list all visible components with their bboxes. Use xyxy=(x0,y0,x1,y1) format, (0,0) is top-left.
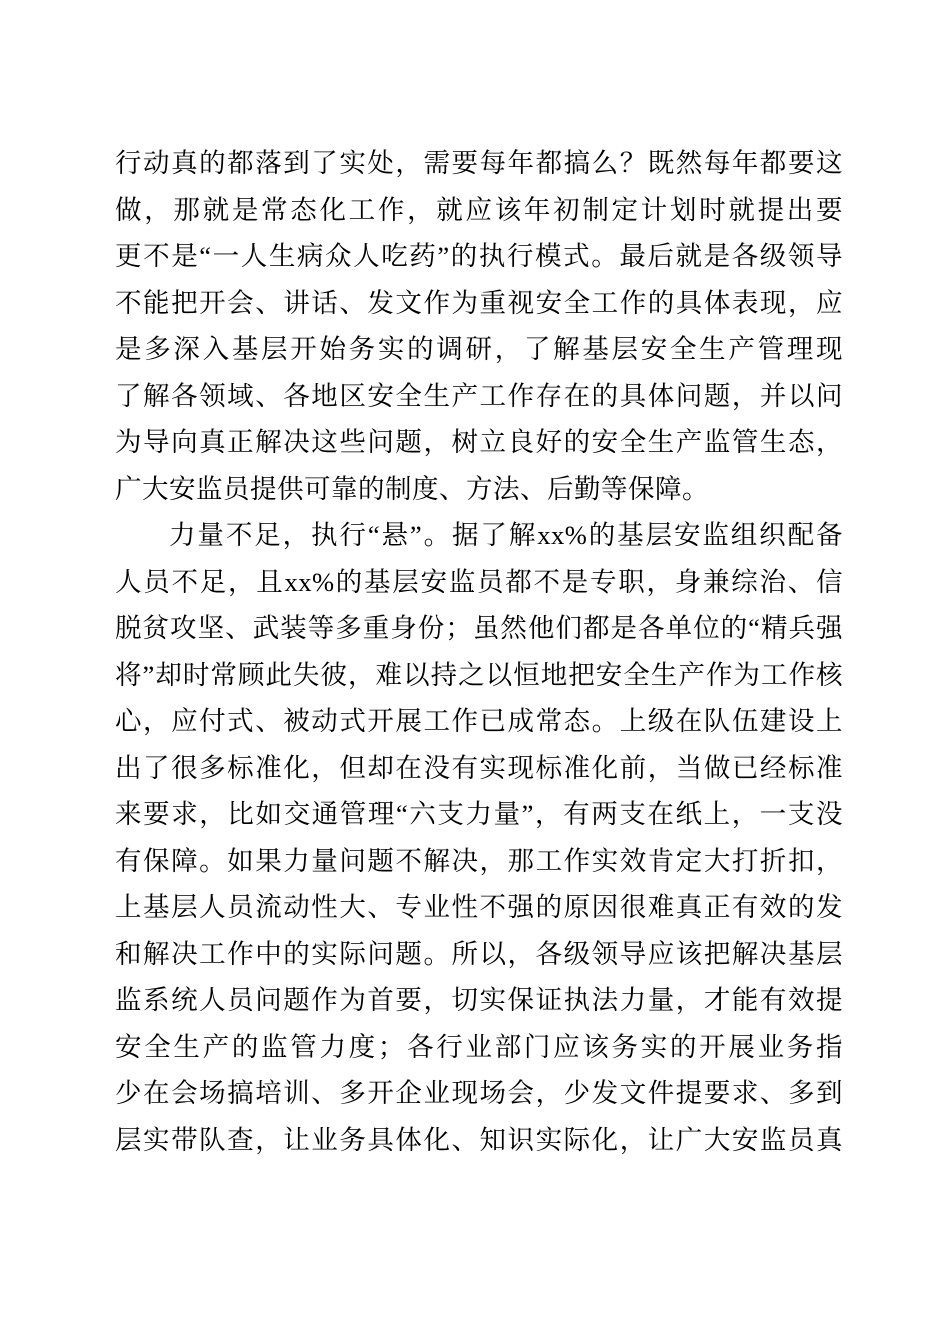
paragraph: 力量不足，执行“悬”。据了解xx%的基层安监组织配备人员不足，且xx%的基层安监… xyxy=(115,512,843,1163)
text-line: 层实带队查，让业务具体化、知识实际化，让广大安监员真正 xyxy=(115,1117,843,1164)
text-line: 为导向真正解决这些问题，树立良好的安全生产监管生态，为 xyxy=(115,419,843,466)
text-line: 出了很多标准化，但却在没有实现标准化前，当做已经标准化 xyxy=(115,745,843,792)
text-line: 是多深入基层开始务实的调研，了解基层安全生产管理现状、 xyxy=(115,326,843,373)
text-line: 力量不足，执行“悬”。据了解xx%的基层安监组织配备 xyxy=(115,512,843,559)
text-line: 少在会场搞培训、多开企业现场会，少发文件提要求、多到基 xyxy=(115,1070,843,1117)
text-line: 人员不足，且xx%的基层安监员都不是专职，身兼综治、信访、 xyxy=(115,559,843,606)
text-line: 和解决工作中的实际问题。所以，各级领导应该把解决基层安 xyxy=(115,931,843,978)
text-line: 做，那就是常态化工作，就应该年初制定计划时就提出要求， xyxy=(115,187,843,234)
text-line: 行动真的都落到了实处，需要每年都搞么？既然每年都要这样 xyxy=(115,140,843,187)
text-line: 将”却时常顾此失彼，难以持之以恒地把安全生产作为工作核 xyxy=(115,652,843,699)
text-line: 更不是“一人生病众人吃药”的执行模式。最后就是各级领导 xyxy=(115,233,843,280)
text-line: 来要求，比如交通管理“六支力量”，有两支在纸上，一支没 xyxy=(115,791,843,838)
text-line: 有保障。如果力量问题不解决，那工作实效肯定大打折扣，加 xyxy=(115,838,843,885)
text-line: 脱贫攻坚、武装等多重身份；虽然他们都是各单位的“精兵强 xyxy=(115,605,843,652)
text-line: 安全生产的监管力度；各行业部门应该务实的开展业务指导， xyxy=(115,1024,843,1071)
text-line: 不能把开会、讲话、发文作为重视安全工作的具体表现，应该 xyxy=(115,280,843,327)
text-line: 了解各领域、各地区安全生产工作存在的具体问题，并以问题 xyxy=(115,373,843,420)
document-page: 行动真的都落到了实处，需要每年都搞么？既然每年都要这样做，那就是常态化工作，就应… xyxy=(0,0,950,1344)
text-line: 上基层人员流动性大、专业性不强的原因很难真正有效的发现 xyxy=(115,884,843,931)
text-line: 监系统人员问题作为首要，切实保证执法力量，才能有效提高 xyxy=(115,977,843,1024)
text-line: 广大安监员提供可靠的制度、方法、后勤等保障。 xyxy=(115,466,843,513)
text-line: 心，应付式、被动式开展工作已成常态。上级在队伍建设上提 xyxy=(115,698,843,745)
document-body: 行动真的都落到了实处，需要每年都搞么？既然每年都要这样做，那就是常态化工作，就应… xyxy=(115,140,843,1163)
paragraph: 行动真的都落到了实处，需要每年都搞么？既然每年都要这样做，那就是常态化工作，就应… xyxy=(115,140,843,512)
